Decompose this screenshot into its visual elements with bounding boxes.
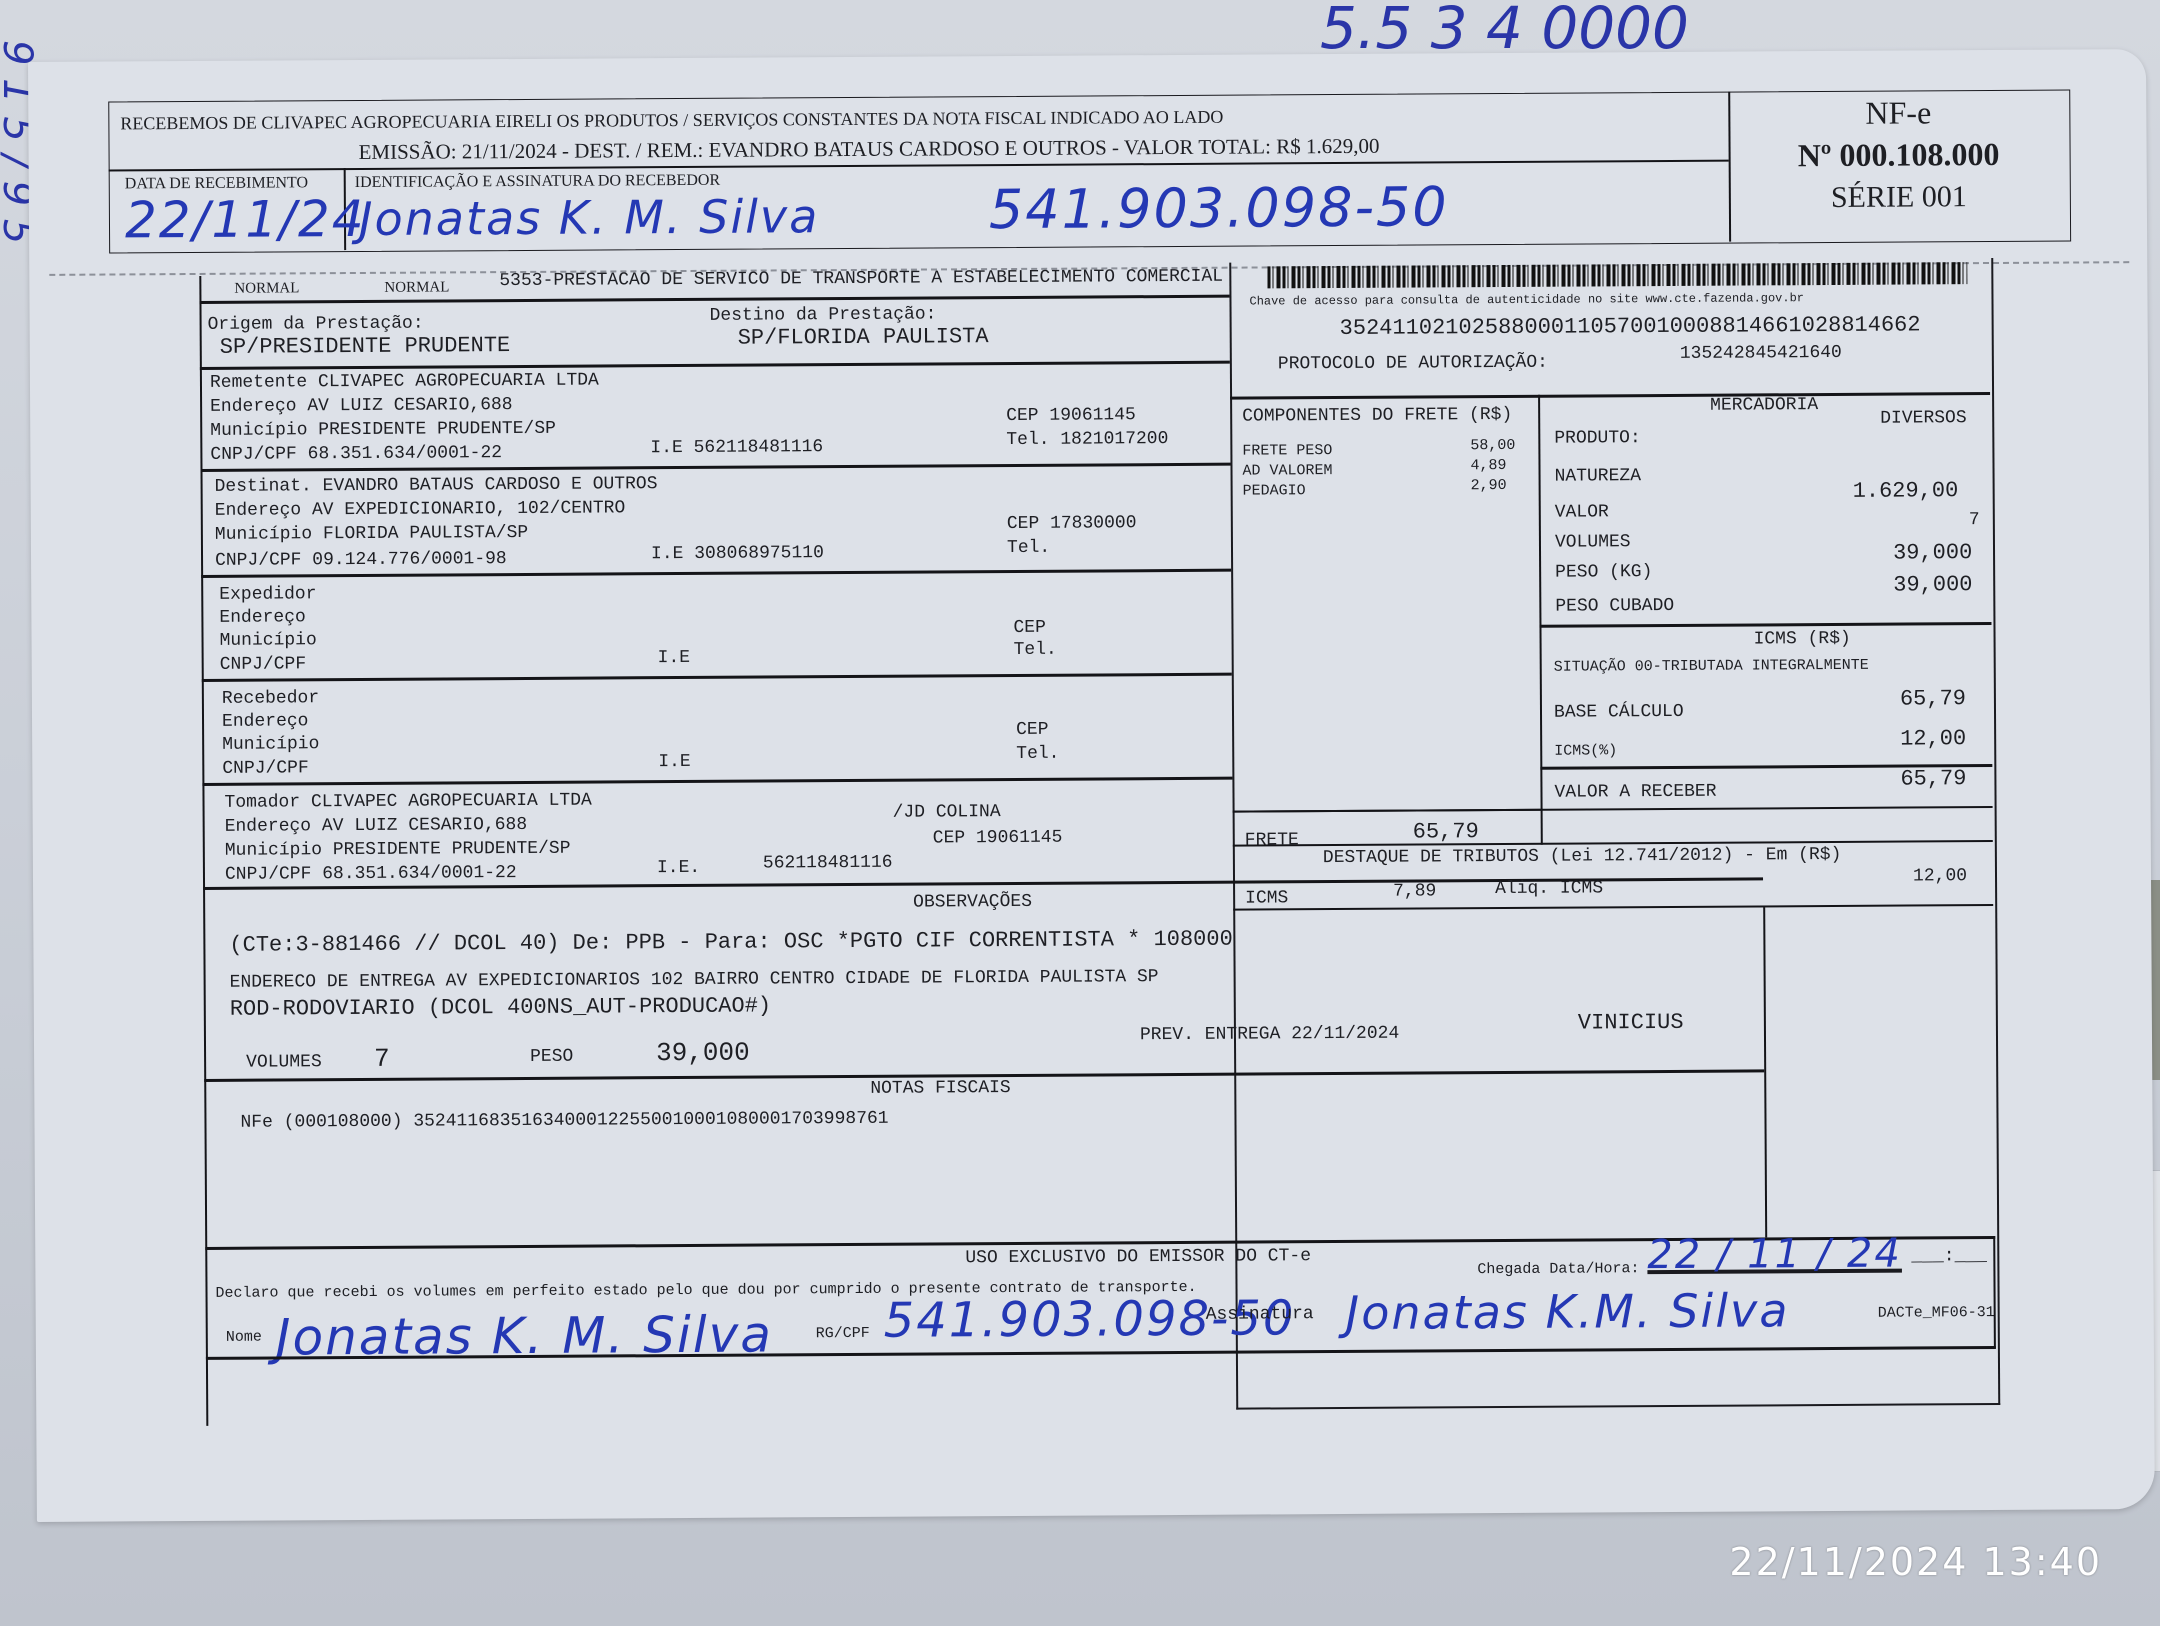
remetente-address: AV LUIZ CESARIO,688 <box>307 395 512 416</box>
recebedor-cep-label: CEP <box>1016 720 1049 740</box>
destinatario-cep: 17830000 <box>1050 513 1137 534</box>
freight-item-value: 4,89 <box>1470 457 1506 474</box>
remetente-label: Remetente <box>210 372 307 393</box>
nfe-series: SÉRIE 001 <box>1729 180 2069 216</box>
tomador-district: /JD COLINA <box>893 802 1001 823</box>
observacoes-title: OBSERVAÇÕES <box>913 892 1032 913</box>
valor-receber-value: 65,79 <box>1900 766 1966 791</box>
divider <box>200 463 1230 472</box>
observacoes-line2: ENDERECO DE ENTREGA AV EXPEDICIONARIOS 1… <box>230 967 1159 993</box>
icms-aliq-value: 12,00 <box>1900 726 1966 751</box>
obs-volumes-value: 7 <box>374 1044 390 1074</box>
tributos-aliq-label: Aliq. ICMS <box>1495 878 1603 899</box>
observacoes-line1: (CTe:3-881466 // DCOL 40) De: PPB - Para… <box>229 927 1233 958</box>
produto-label: PRODUTO: <box>1554 428 1641 449</box>
recebedor-tel-label: Tel. <box>1016 744 1059 764</box>
nfe-title: NF-e <box>1728 94 2068 133</box>
produto-value: DIVERSOS <box>1880 408 1967 429</box>
remetente-cnpj-label: CNPJ/CPF <box>210 444 297 465</box>
valor-receber-label: VALOR A RECEBER <box>1554 782 1716 803</box>
obs-peso-value: 39,000 <box>656 1038 750 1069</box>
operator-name: VINICIUS <box>1578 1010 1684 1036</box>
tributos-icms-value: 7,89 <box>1393 881 1436 901</box>
receipt-id-label: IDENTIFICAÇÃO E ASSINATURA DO RECEBEDOR <box>355 172 720 192</box>
expedidor-cnpj-label: CNPJ/CPF <box>220 654 307 675</box>
freight-item-label: PEDAGIO <box>1243 482 1306 499</box>
freight-item-value: 58,00 <box>1470 437 1515 454</box>
assinatura-label: Assinatura <box>1206 1304 1314 1325</box>
valor-label: VALOR <box>1555 502 1609 522</box>
frete-total-label: FRETE <box>1245 830 1299 850</box>
dest-label: Destino da Prestação: <box>710 304 937 325</box>
divider <box>201 569 1231 578</box>
recebedor-cnpj-label: CNPJ/CPF <box>222 758 309 779</box>
expedidor-ie-label: I.E <box>658 648 691 668</box>
obs-peso-label: PESO <box>530 1047 573 1067</box>
receipt-cpf-handwritten[interactable]: 541.903.098-50 <box>989 175 1449 241</box>
obs-volumes-label: VOLUMES <box>246 1052 322 1072</box>
destinatario-name: EVANDRO BATAUS CARDOSO E OUTROS <box>323 474 658 496</box>
destinatario-ie: 308068975110 <box>694 543 824 564</box>
protocol-value: 135242845421640 <box>1680 343 1842 364</box>
nfe-number: Nº 000.108.000 <box>1728 136 2068 175</box>
expedidor-tel-label: Tel. <box>1014 640 1057 660</box>
tomador-ie-label: I.E. <box>657 858 700 878</box>
divider <box>202 673 1232 682</box>
icms-base-value: 65,79 <box>1900 686 1966 711</box>
peso-value: 39,000 <box>1893 540 1972 565</box>
prev-entrega-label: PREV. ENTREGA <box>1140 1024 1281 1045</box>
chegada-time[interactable]: ___:___ <box>1911 1246 1987 1266</box>
tomador-cep: 19061145 <box>976 828 1063 849</box>
remetente-ie-label: I.E <box>650 438 683 458</box>
frete-total-value: 65,79 <box>1413 819 1479 844</box>
recebedor-ie-label: I.E <box>658 752 691 772</box>
remetente-name: CLIVAPEC AGROPECUARIA LTDA <box>318 371 599 393</box>
expedidor-city-label: Município <box>219 630 316 651</box>
remetente-cep-label: CEP <box>1006 406 1039 426</box>
chegada-value[interactable]: 22 / 11 / 24 <box>1647 1231 1902 1279</box>
icms-base-label: BASE CÁLCULO <box>1554 702 1684 723</box>
volumes-value: 7 <box>1969 510 1980 530</box>
icms-aliq-label: ICMS(%) <box>1554 742 1617 759</box>
expedidor-label: Expedidor <box>219 584 316 605</box>
uso-exclusivo-title: USO EXCLUSIVO DO EMISSOR DO CT-e <box>965 1246 1311 1268</box>
cfop: 5353-PRESTACAO DE SERVICO DE TRANSPORTE … <box>499 267 1223 291</box>
destinatario-city-label: Município <box>215 524 312 545</box>
tomador-city: PRESIDENTE PRUDENTE/SP <box>333 839 571 860</box>
icms-title: ICMS (R$) <box>1753 629 1850 650</box>
destinatario-cep-label: CEP <box>1007 514 1040 534</box>
destinatario-ie-label: I.E <box>651 544 684 564</box>
destinatario-cnpj-label: CNPJ/CPF <box>215 550 302 571</box>
recebedor-city-label: Município <box>222 734 319 755</box>
destinatario-cnpj: 09.124.776/0001-98 <box>312 549 507 570</box>
divider <box>200 361 1230 370</box>
tomador-address: AV LUIZ CESARIO,688 <box>322 815 527 836</box>
divider <box>199 295 1229 304</box>
tipo-servico: NORMAL <box>384 279 449 296</box>
tributos-title: DESTAQUE DE TRIBUTOS (Lei 12.741/2012) -… <box>1323 845 1842 868</box>
tomador-label: Tomador <box>224 792 300 812</box>
peso-cubado-label: PESO CUBADO <box>1555 596 1674 617</box>
notas-fiscais-title: NOTAS FISCAIS <box>870 1078 1011 1099</box>
freight-components-title: COMPONENTES DO FRETE (R$) <box>1242 405 1512 427</box>
freight-item-value: 2,90 <box>1471 477 1507 494</box>
nome-label: Nome <box>226 1329 262 1346</box>
merchandise-title: MERCADORIA <box>1710 395 1818 416</box>
divider <box>199 276 208 1426</box>
remetente-cnpj: 68.351.634/0001-22 <box>308 443 503 464</box>
remetente-address-label: Endereço <box>210 396 297 417</box>
valor-value: 1.629,00 <box>1853 478 1959 504</box>
tomador-city-label: Município <box>225 840 322 861</box>
destinatario-tel-label: Tel. <box>1007 538 1050 558</box>
tomador-ie: 562118481116 <box>763 853 893 874</box>
nota-fiscal-item: NFe (000108000) 352411683516340001225500… <box>240 1109 888 1133</box>
tipo-cte: NORMAL <box>234 280 299 297</box>
remetente-city: PRESIDENTE PRUDENTE/SP <box>318 419 556 440</box>
origin-label: Origem da Prestação: <box>208 314 424 335</box>
destinatario-address-label: Endereço <box>215 500 302 521</box>
origin-value: SP/PRESIDENTE PRUDENTE <box>220 333 511 360</box>
tomador-cnpj: 68.351.634/0001-22 <box>322 863 517 884</box>
dest-value: SP/FLORIDA PAULISTA <box>738 324 989 351</box>
assinatura-signature[interactable]: Jonatas K.M. Silva <box>1346 1283 1790 1340</box>
destinatario-city: FLORIDA PAULISTA/SP <box>323 523 528 544</box>
remetente-tel: 1821017200 <box>1060 429 1168 450</box>
chegada-label: Chegada Data/Hora: <box>1477 1260 1639 1278</box>
prev-entrega-value: 22/11/2024 <box>1291 1024 1399 1045</box>
camera-timestamp: 22/11/2024 13:40 <box>1729 1540 2102 1584</box>
remetente-city-label: Município <box>210 420 307 441</box>
protocol-label: PROTOCOLO DE AUTORIZAÇÃO: <box>1278 353 1548 375</box>
access-key-value[interactable]: 3524110210258800011057001000881466102881… <box>1340 312 1921 341</box>
peso-label: PESO (KG) <box>1555 562 1652 583</box>
expedidor-address-label: Endereço <box>219 607 306 628</box>
destinatario-address: AV EXPEDICIONARIO, 102/CENTRO <box>312 498 625 520</box>
freight-item-label: FRETE PESO <box>1242 442 1332 460</box>
icms-situacao: SITUAÇÃO 00-TRIBUTADA INTEGRALMENTE <box>1554 657 1869 676</box>
expedidor-cep-label: CEP <box>1013 618 1046 638</box>
rg-label: RG/CPF <box>816 1325 870 1342</box>
tributos-aliq-value: 12,00 <box>1913 866 1967 886</box>
receipt-signature[interactable]: Jonatas K. M. Silva <box>359 189 820 246</box>
receipt-date-value[interactable]: 22/11/24 <box>125 190 366 249</box>
freight-item-label: AD VALOREM <box>1242 462 1332 480</box>
tomador-name: CLIVAPEC AGROPECUARIA LTDA <box>311 791 592 813</box>
tomador-cnpj-label: CNPJ/CPF <box>225 864 312 885</box>
observacoes-line3: ROD-RODOVIARIO (DCOL 400NS_AUT-PRODUCAO#… <box>230 993 771 1021</box>
volumes-label: VOLUMES <box>1555 532 1631 552</box>
divider <box>202 777 1232 786</box>
tributos-icms-label: ICMS <box>1245 888 1288 908</box>
form-code: DACTe_MF06-31 <box>1878 1304 1995 1322</box>
destinatario-label: Destinat. <box>215 476 312 497</box>
tomador-cep-label: CEP <box>933 828 966 848</box>
recebedor-label: Recebedor <box>222 688 319 709</box>
remetente-ie: 562118481116 <box>694 437 824 458</box>
natureza-label: NATUREZA <box>1555 466 1642 487</box>
remetente-tel-label: Tel. <box>1006 430 1049 450</box>
dacte-document: RECEBEMOS DE CLIVAPEC AGROPECUARIA EIREL… <box>28 49 2155 1522</box>
barcode <box>1267 262 1967 288</box>
recebedor-address-label: Endereço <box>222 711 309 732</box>
peso-cubado-value: 39,000 <box>1893 572 1972 597</box>
tomador-address-label: Endereço <box>225 816 312 837</box>
remetente-cep: 19061145 <box>1049 405 1136 426</box>
